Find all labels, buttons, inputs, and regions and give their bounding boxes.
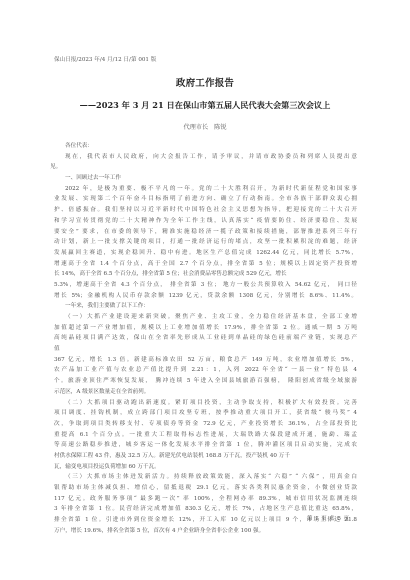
text-line: （一）大抓产业建设迎来新突破。聚焦产业、主攻工业，全力稳住经济基本盘，全部工业增	[54, 312, 357, 323]
text-line: 银帮助市场主体减负担、增信心，留抵退税 29.1 亿元，落实各类利民惠企资金，小…	[54, 483, 357, 494]
text-line: 要安全” 要求，在市委的领导下，精准实施稳经济一揽子政策和接续措施，部署推进系列…	[54, 227, 357, 238]
document-author: 代理市长 陈锐	[0, 122, 410, 131]
text-line: 增速高于全省 1.4 个百分点，高于全国 2.7 个百分点，排全省第 5 位；规…	[54, 259, 357, 270]
text-line: 等高速公路稳步推进，城乡客运一体化发展水平排全省第 1 位，腾冲灌区项目启动实施…	[54, 440, 357, 451]
text-line: 和学习宣传贯彻党的二十大精神作为全年工作主线，认真落实“ 疫情要防住、经济要稳住…	[54, 216, 357, 227]
text-line: 瓦，输变电项目投运负荷增加 60 万千瓦。	[54, 462, 357, 473]
text-line: 高纯晶硅项目满产达效，保山在全省率先形成从工业硅到单晶硅的绿色硅前端产业链，实现…	[54, 333, 357, 344]
document-body: 各位代表：现在，我代表市人民政府，向大会报告工作，请予审议，并请市政协委员和列席…	[54, 141, 357, 536]
text-line: 值	[54, 344, 357, 355]
page-number: 第 1 页 共 5 页	[307, 514, 349, 522]
text-line: 各位代表：	[54, 141, 357, 152]
text-line: 增长 5%；金融机构人民币存款余额 1239 亿元，贷款余额 1308 亿元，分…	[54, 291, 357, 302]
text-line: 见。	[50, 162, 357, 173]
text-line: 万户，增长 19.6%，排名全省第 5 位，首次有 4 户企业跻身全省非公企业 …	[54, 526, 357, 537]
document-page: 保山日报/2023 年/4 月/12 日/第 001 版 政府工作报告 ——20…	[0, 0, 410, 580]
document-title: 政府工作报告	[0, 75, 410, 89]
text-line: 117 亿元。政务服务事项“ 最多跑一次” 率 100%，全程网办率 89.3%…	[54, 494, 357, 505]
text-line: 发展赢回主赛道，实现企稳回升、稳中有进。地区生产总值完成 1262.44 亿元，…	[54, 248, 357, 259]
text-line: 2022 年，是极为重要、极不平凡的一年。党的二十大胜利召开，为新时代新征程党和…	[54, 184, 357, 195]
text-line: 业发展、实现第二个百年奋斗目标指明了前进方向、确立了行动指南。全市各族干部群众衷…	[54, 194, 357, 205]
document-subtitle: ——2023 年 3 月 21 日在保山市第五届人民代表大会第三次会议上	[0, 100, 410, 111]
newspaper-header: 保山日报/2023 年/4 月/12 日/第 001 版	[54, 55, 156, 63]
text-line: 护、倍感振奋。我们坚持以习近平新时代中国特色社会主义思想为指导，把迎接党的二十大…	[54, 205, 357, 216]
text-line: （三）大抓市场主体迸发新活力。持续释放政策效能，深入落实“ 六稳” “ 六保” …	[54, 472, 357, 483]
text-line: 项目调度、挂钩机制，成立跨部门项目攻坚专班，按季推动重大项目开工，获省级“ 骏马…	[54, 408, 357, 419]
text-line: 村供水保障工程 43 件，惠及 32.5 万人。新建光伏电站装机 168.8 万…	[54, 451, 357, 462]
text-line: 农产品加工业产值与农业总产值比提升到 2.21：1，入列 2022 年全省“ 一…	[54, 365, 357, 376]
text-line: 现在，我代表市人民政府，向大会报告工作，请予审议，并请市政协委员和列席人员提出意	[54, 152, 357, 163]
text-line: 加值超过第一产业增加值，规模以上工业增加值增长 17.9%，排全省第 2 位。通…	[54, 323, 357, 334]
text-line: 一年来，我们主要做了以下工作：	[54, 301, 357, 312]
text-line: （二）大抓项目驱动跑出新速度。紧盯项目投资，主动争取支持，积极扩大有效投资。完善	[54, 398, 357, 409]
text-line: 长 14%，高于全省 6.5 个百分点，排全省第 5 位；社会消费品零售总额完成…	[54, 269, 357, 280]
text-line: 示范区，A 级景区数量走在全省前列。	[54, 387, 357, 398]
text-line: 一、回顾过去一年工作	[54, 173, 357, 184]
text-line: 次，争取到项目类转移支付、专项债券等资金 72.9 亿元，产业投资增长 36.1…	[54, 419, 357, 430]
text-line: 重提高 6.1 个百分点。一批重大工程取得标志性进展，大瑞铁路大保段建成开通，施…	[54, 430, 357, 441]
text-line: 动计划，新上一批支撑关键的项目，打通一批经济运行的堵点，攻坚一批积累积淀的难题，…	[54, 237, 357, 248]
text-line: 367 亿元，增长 1.3 倍。新建高标准农田 52 万亩，粮食总产 149 万…	[54, 355, 357, 366]
text-line: 5.3%，增速高于全省 4.3 个百分点， 排全省第 3 位； 地方一般公共预算…	[54, 280, 357, 291]
text-line: 个。旅游业顶住严寒恢复发展， 腾冲连续 5 年进入全国县域旅游百强榜， 隆阳创成…	[54, 376, 357, 387]
